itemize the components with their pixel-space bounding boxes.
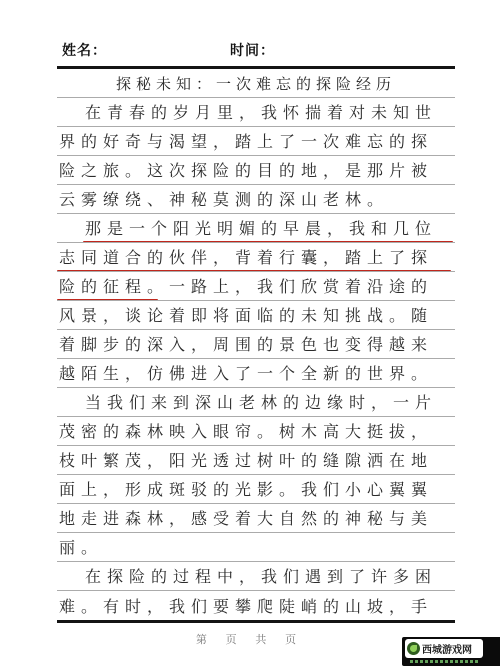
name-field-label: 姓名： — [62, 40, 107, 60]
essay-line-1: 在青春的岁月里，我怀揣着对未知世 — [57, 98, 455, 127]
watermark-label: 西城游戏网 — [405, 639, 483, 658]
essay-line-12: 茂密的森林映入眼帘。树木高大挺拔， — [57, 417, 455, 446]
essay-line-10: 越陌生，仿佛进入了一个全新的世界。 — [57, 359, 455, 388]
essay-line-14: 面上，形成斑驳的光影。我们小心翼翼 — [57, 475, 455, 504]
essay-line-2: 界的好奇与渴望，踏上了一次难忘的探 — [57, 127, 455, 156]
essay-line-16: 丽。 — [57, 533, 455, 562]
essay-line-7-text: 险的征程。一路上，我们欣赏着沿途的 — [59, 274, 433, 297]
essay-line-17: 在探险的过程中，我们遇到了许多困 — [57, 562, 455, 591]
essay-line-11: 当我们来到深山老林的边缘时，一片 — [57, 388, 455, 417]
essay-line-6: 志同道合的伙伴，背着行囊，踏上了探 — [57, 243, 455, 272]
essay-line-8: 风景，谈论着即将面临的未知挑战。随 — [57, 301, 455, 330]
essay-line-6-text: 志同道合的伙伴，背着行囊，踏上了探 — [59, 245, 433, 268]
essay-line-15: 地走进森林，感受着大自然的神秘与美 — [57, 504, 455, 533]
watermark-site-name: 西城游戏网 — [422, 641, 472, 656]
leaf-logo-icon — [407, 642, 420, 655]
essay-line-5-text: 那是一个阳光明媚的早晨，我和几位 — [85, 216, 437, 239]
essay-line-18: 难。有时，我们要攀爬陡峭的山坡，手 — [57, 591, 455, 620]
time-field-label: 时间： — [230, 40, 275, 60]
essay-line-5: 那是一个阳光明媚的早晨，我和几位 — [57, 214, 455, 243]
essay-title: 探秘未知：一次难忘的探险经历 — [57, 69, 455, 98]
watermark-url-strip — [410, 660, 478, 663]
essay-line-13: 枝叶繁茂，阳光透过树叶的缝隙洒在地 — [57, 446, 455, 475]
essay-sheet: 探秘未知：一次难忘的探险经历 在青春的岁月里，我怀揣着对未知世 界的好奇与渴望，… — [57, 66, 455, 623]
essay-line-4: 云雾缭绕、神秘莫测的深山老林。 — [57, 185, 455, 214]
site-watermark: 西城游戏网 — [402, 637, 500, 666]
essay-line-7: 险的征程。一路上，我们欣赏着沿途的 — [57, 272, 455, 301]
ruled-lines-area: 探秘未知：一次难忘的探险经历 在青春的岁月里，我怀揣着对未知世 界的好奇与渴望，… — [57, 69, 455, 623]
essay-line-3: 险之旅。这次探险的目的地，是那片被 — [57, 156, 455, 185]
essay-line-9: 着脚步的深入，周围的景色也变得越来 — [57, 330, 455, 359]
